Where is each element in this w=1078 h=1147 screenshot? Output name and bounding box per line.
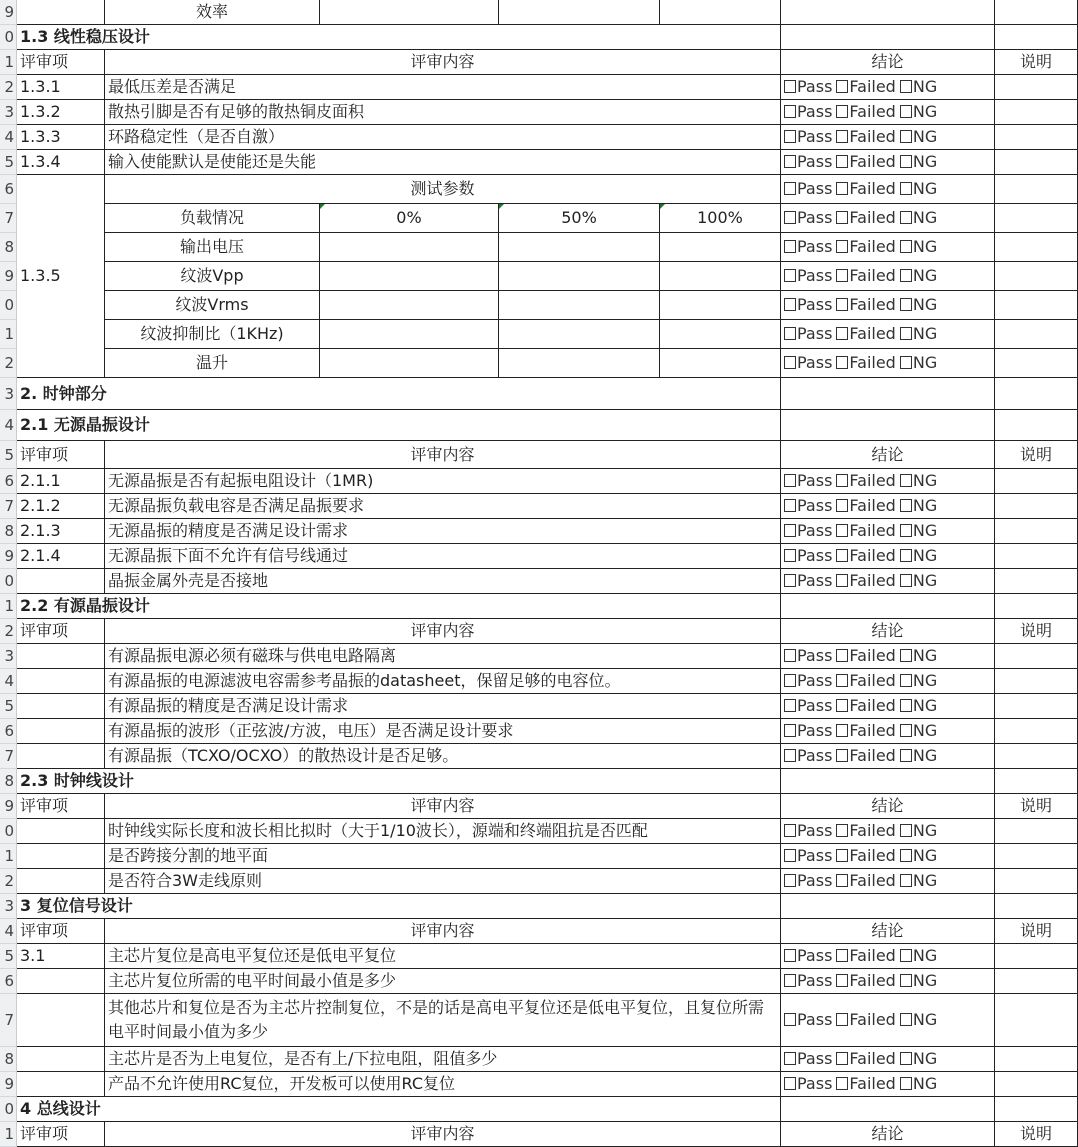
column-header-note-text: 说明 — [1020, 921, 1052, 941]
checkbox-label: Failed — [849, 521, 895, 540]
note-cell[interactable] — [995, 569, 1078, 594]
checkbox-pass[interactable]: Pass — [784, 1010, 832, 1030]
row-number[interactable]: 0 — [0, 819, 17, 844]
checkbox-pass[interactable]: Pass — [784, 721, 832, 741]
checkbox-pass[interactable]: Pass — [784, 353, 832, 373]
row-number[interactable]: 4 — [0, 125, 17, 150]
note-cell[interactable] — [995, 204, 1078, 233]
checkbox-failed[interactable]: Failed — [836, 152, 895, 172]
checkbox-pass[interactable]: Pass — [784, 871, 832, 891]
conclusion-cell[interactable]: PassFailedNG — [781, 494, 995, 519]
checkbox-square-icon — [900, 674, 912, 687]
checkbox-pass[interactable]: Pass — [784, 946, 832, 966]
checkbox-label: NG — [913, 696, 937, 715]
test-value-cell[interactable] — [320, 233, 499, 262]
note-cell[interactable] — [995, 291, 1078, 320]
checkbox-pass[interactable]: Pass — [784, 179, 832, 199]
note-cell[interactable] — [995, 694, 1078, 719]
checkbox-pass[interactable]: Pass — [784, 266, 832, 286]
review-item-id — [17, 969, 105, 994]
checkbox-ng[interactable]: NG — [900, 127, 937, 147]
checkbox-pass[interactable]: Pass — [784, 846, 832, 866]
test-value-cell[interactable] — [499, 349, 660, 378]
row-number[interactable]: 7 — [0, 494, 17, 519]
row-number[interactable]: 0 — [0, 569, 17, 594]
checkbox-label: Pass — [797, 1074, 832, 1093]
checkbox-pass[interactable]: Pass — [784, 496, 832, 516]
checkbox-failed[interactable]: Failed — [836, 179, 895, 199]
note-cell[interactable] — [995, 544, 1078, 569]
test-value-cell[interactable] — [660, 349, 781, 378]
checkbox-ng[interactable]: NG — [900, 821, 937, 841]
checkbox-square-icon — [900, 269, 912, 282]
conclusion-cell[interactable] — [781, 25, 995, 50]
conclusion-cell[interactable]: PassFailedNG — [781, 994, 995, 1047]
row-number[interactable]: 0 — [0, 25, 17, 50]
note-cell[interactable] — [995, 519, 1078, 544]
checkbox-ng[interactable]: NG — [900, 846, 937, 866]
row-number[interactable]: 4 — [0, 410, 17, 441]
conclusion-cell[interactable]: PassFailedNG — [781, 519, 995, 544]
checkbox-square-icon — [900, 499, 912, 512]
note-cell[interactable] — [995, 175, 1078, 204]
checkbox-ng[interactable]: NG — [900, 746, 937, 766]
checkbox-square-icon — [900, 298, 912, 311]
column-header-conclusion: 结论 — [781, 619, 995, 644]
column-header-note-text: 说明 — [1020, 445, 1052, 465]
checkbox-square-icon — [900, 80, 912, 93]
checkbox-failed[interactable]: Failed — [836, 521, 895, 541]
checkbox-pass[interactable]: Pass — [784, 324, 832, 344]
row-number[interactable]: 3 — [0, 894, 17, 919]
checkbox-label: Failed — [849, 353, 895, 372]
checkbox-pass[interactable]: Pass — [784, 646, 832, 666]
checkbox-pass[interactable]: Pass — [784, 77, 832, 97]
section-title-2-3: 2.3 时钟线设计 — [17, 769, 781, 794]
row-number[interactable]: 9 — [0, 0, 17, 25]
checkbox-square-icon — [784, 649, 796, 662]
checkbox-pass[interactable]: Pass — [784, 521, 832, 541]
row-number[interactable]: 1 — [0, 50, 17, 75]
row-number[interactable]: 5 — [0, 944, 17, 969]
conclusion-cell[interactable]: PassFailedNG — [781, 349, 995, 378]
checkbox-ng[interactable]: NG — [900, 521, 937, 541]
note-cell[interactable] — [995, 320, 1078, 349]
checkbox-pass[interactable]: Pass — [784, 571, 832, 591]
conclusion-cell[interactable]: PassFailedNG — [781, 100, 995, 125]
note-cell[interactable] — [995, 594, 1078, 619]
conclusion-cell[interactable]: PassFailedNG — [781, 233, 995, 262]
note-cell[interactable] — [995, 125, 1078, 150]
checkbox-failed[interactable]: Failed — [836, 208, 895, 228]
checkbox-ng[interactable]: NG — [900, 179, 937, 199]
conclusion-cell[interactable] — [781, 378, 995, 410]
note-cell[interactable] — [995, 969, 1078, 994]
checkbox-pass[interactable]: Pass — [784, 102, 832, 122]
row-number[interactable]: 8 — [0, 233, 17, 262]
row-number[interactable]: 4 — [0, 669, 17, 694]
checkbox-square-icon — [900, 549, 912, 562]
note-cell[interactable] — [995, 150, 1078, 175]
note-cell[interactable] — [995, 769, 1078, 794]
review-item-content: 无源晶振负载电容是否满足晶振要求 — [105, 494, 781, 519]
checkbox-ng[interactable]: NG — [900, 871, 937, 891]
column-header-content-text: 评审内容 — [410, 445, 474, 465]
column-header-item-text: 评审项 — [20, 445, 68, 465]
review-item-content: 有源晶振的电源滤波电容需参考晶振的datasheet，保留足够的电容位。 — [105, 669, 781, 694]
checkbox-square-icon — [836, 1013, 848, 1026]
conclusion-cell[interactable]: PassFailedNG — [781, 569, 995, 594]
test-param-label: 输出电压 — [105, 233, 320, 262]
test-value-cell[interactable] — [660, 291, 781, 320]
column-header-conclusion: 结论 — [781, 919, 995, 944]
review-item-id-text: 1.3.3 — [20, 127, 61, 147]
conclusion-cell[interactable] — [781, 594, 995, 619]
row-number[interactable]: 2 — [0, 619, 17, 644]
row-number[interactable]: 2 — [0, 75, 17, 100]
checkbox-label: Failed — [849, 127, 895, 146]
checkbox-pass[interactable]: Pass — [784, 152, 832, 172]
checkbox-pass[interactable]: Pass — [784, 696, 832, 716]
conclusion-cell[interactable]: PassFailedNG — [781, 669, 995, 694]
review-item-id: 2.1.2 — [17, 494, 105, 519]
note-cell[interactable] — [995, 75, 1078, 100]
conclusion-cell[interactable]: PassFailedNG — [781, 320, 995, 349]
checkbox-ng[interactable]: NG — [900, 1049, 937, 1069]
review-item-id — [17, 844, 105, 869]
checkbox-label: Failed — [849, 696, 895, 715]
note-cell[interactable] — [995, 869, 1078, 894]
note-cell[interactable] — [995, 0, 1078, 25]
test-value-cell[interactable] — [499, 262, 660, 291]
checkbox-square-icon — [836, 182, 848, 195]
review-item-content-text: 产品不允许使用RC复位，开发板可以使用RC复位 — [108, 1074, 455, 1094]
test-value-cell[interactable] — [499, 291, 660, 320]
row-number[interactable]: 5 — [0, 150, 17, 175]
review-item-id — [17, 694, 105, 719]
checkbox-label: NG — [913, 846, 937, 865]
checkbox-ng[interactable]: NG — [900, 237, 937, 257]
checkbox-label: Failed — [849, 295, 895, 314]
checkbox-failed[interactable]: Failed — [836, 353, 895, 373]
checkbox-ng[interactable]: NG — [900, 208, 937, 228]
checkbox-failed[interactable]: Failed — [836, 77, 895, 97]
test-value-cell[interactable] — [499, 320, 660, 349]
section-title-2-1: 2.1 无源晶振设计 — [17, 410, 781, 441]
checkbox-failed[interactable]: Failed — [836, 646, 895, 666]
checkbox-square-icon — [784, 574, 796, 587]
checkbox-square-icon — [784, 80, 796, 93]
conclusion-cell[interactable]: PassFailedNG — [781, 969, 995, 994]
row-number[interactable]: 8 — [0, 1047, 17, 1072]
checkbox-pass[interactable]: Pass — [784, 1074, 832, 1094]
checkbox-label: NG — [913, 152, 937, 171]
checkbox-ng[interactable]: NG — [900, 546, 937, 566]
checkbox-failed[interactable]: Failed — [836, 846, 895, 866]
conclusion-cell[interactable]: PassFailedNG — [781, 719, 995, 744]
checkbox-ng[interactable]: NG — [900, 152, 937, 172]
note-cell[interactable] — [995, 100, 1078, 125]
review-item-content-text: 其他芯片和复位是否为主芯片控制复位，不是的话是高电平复位还是低电平复位，且复位所… — [108, 996, 777, 1044]
conclusion-cell[interactable]: PassFailedNG — [781, 262, 995, 291]
checkbox-ng[interactable]: NG — [900, 1010, 937, 1030]
cell[interactable] — [320, 0, 499, 25]
checkbox-failed[interactable]: Failed — [836, 871, 895, 891]
row-number[interactable]: 7 — [0, 204, 17, 233]
checkbox-failed[interactable]: Failed — [836, 696, 895, 716]
note-cell[interactable] — [995, 844, 1078, 869]
note-cell[interactable] — [995, 1047, 1078, 1072]
row-number[interactable]: 5 — [0, 441, 17, 469]
row-number[interactable]: 5 — [0, 694, 17, 719]
conclusion-cell[interactable] — [781, 894, 995, 919]
checkbox-pass[interactable]: Pass — [784, 127, 832, 147]
checkbox-pass[interactable]: Pass — [784, 295, 832, 315]
note-cell[interactable] — [995, 410, 1078, 441]
checkbox-square-icon — [836, 105, 848, 118]
checkbox-failed[interactable]: Failed — [836, 821, 895, 841]
row-number[interactable]: 9 — [0, 1072, 17, 1097]
checkbox-failed[interactable]: Failed — [836, 571, 895, 591]
checkbox-pass[interactable]: Pass — [784, 1049, 832, 1069]
checkbox-pass[interactable]: Pass — [784, 237, 832, 257]
checkbox-square-icon — [784, 1077, 796, 1090]
row-number[interactable]: 1 — [0, 594, 17, 619]
checkbox-square-icon — [900, 182, 912, 195]
conclusion-cell[interactable]: PassFailedNG — [781, 1047, 995, 1072]
conclusion-cell[interactable] — [781, 1097, 995, 1122]
row-number[interactable]: 9 — [0, 794, 17, 819]
checkbox-square-icon — [900, 130, 912, 143]
row-number[interactable]: 1 — [0, 844, 17, 869]
checkbox-label: NG — [913, 102, 937, 121]
note-cell[interactable] — [995, 469, 1078, 494]
checkbox-ng[interactable]: NG — [900, 353, 937, 373]
checkbox-square-icon — [900, 474, 912, 487]
review-item-content: 无源晶振下面不允许有信号线通过 — [105, 544, 781, 569]
test-value-cell[interactable] — [320, 291, 499, 320]
checkbox-square-icon — [900, 240, 912, 253]
note-cell[interactable] — [995, 1072, 1078, 1097]
row-number[interactable]: 6 — [0, 719, 17, 744]
checkbox-pass[interactable]: Pass — [784, 671, 832, 691]
test-param-label: 纹波Vrms — [105, 291, 320, 320]
test-value-cell[interactable] — [320, 349, 499, 378]
conclusion-cell[interactable]: PassFailedNG — [781, 1072, 995, 1097]
checkbox-ng[interactable]: NG — [900, 971, 937, 991]
checkbox-ng[interactable]: NG — [900, 721, 937, 741]
test-value-cell[interactable] — [499, 233, 660, 262]
conclusion-cell[interactable]: PassFailedNG — [781, 819, 995, 844]
checkbox-label: NG — [913, 571, 937, 590]
checkbox-failed[interactable]: Failed — [836, 546, 895, 566]
note-cell[interactable] — [995, 233, 1078, 262]
checkbox-failed[interactable]: Failed — [836, 971, 895, 991]
test-param-label: 温升 — [105, 349, 320, 378]
checkbox-ng[interactable]: NG — [900, 266, 937, 286]
checkbox-ng[interactable]: NG — [900, 571, 937, 591]
row-number[interactable]: 7 — [0, 744, 17, 769]
review-item-content-text: 主芯片是否为上电复位，是否有上/下拉电阻，阻值多少 — [108, 1049, 497, 1069]
checkbox-square-icon — [900, 1013, 912, 1026]
checkbox-square-icon — [836, 474, 848, 487]
checkbox-failed[interactable]: Failed — [836, 471, 895, 491]
cell[interactable] — [499, 0, 660, 25]
checkbox-pass[interactable]: Pass — [784, 746, 832, 766]
conclusion-cell[interactable]: PassFailedNG — [781, 544, 995, 569]
row-number[interactable]: 3 — [0, 644, 17, 669]
review-item-id: 2.1.4 — [17, 544, 105, 569]
conclusion-cell[interactable]: PassFailedNG — [781, 644, 995, 669]
row-number[interactable]: 8 — [0, 769, 17, 794]
test-value-cell[interactable] — [320, 262, 499, 291]
row-number[interactable]: 4 — [0, 919, 17, 944]
row-number[interactable]: 3 — [0, 378, 17, 410]
conclusion-cell[interactable]: PassFailedNG — [781, 291, 995, 320]
checkbox-ng[interactable]: NG — [900, 1074, 937, 1094]
checkbox-square-icon — [900, 574, 912, 587]
conclusion-cell[interactable] — [781, 769, 995, 794]
note-cell[interactable] — [995, 669, 1078, 694]
row-number[interactable]: 3 — [0, 100, 17, 125]
checkbox-failed[interactable]: Failed — [836, 266, 895, 286]
checkbox-failed[interactable]: Failed — [836, 237, 895, 257]
row-number[interactable]: 6 — [0, 469, 17, 494]
review-item-content-text: 环路稳定性（是否自激） — [108, 127, 284, 147]
column-header-conclusion-text: 结论 — [871, 796, 903, 816]
note-cell[interactable] — [995, 378, 1078, 410]
checkbox-square-icon — [784, 974, 796, 987]
column-header-note-text: 说明 — [1020, 1124, 1052, 1144]
conclusion-cell[interactable]: PassFailedNG — [781, 694, 995, 719]
checkbox-failed[interactable]: Failed — [836, 1049, 895, 1069]
conclusion-cell[interactable] — [781, 410, 995, 441]
row-number[interactable]: 0 — [0, 1097, 17, 1122]
row-number[interactable]: 1 — [0, 1122, 17, 1147]
checkbox-label: NG — [913, 127, 937, 146]
checkbox-ng[interactable]: NG — [900, 671, 937, 691]
note-cell[interactable] — [995, 644, 1078, 669]
row-number[interactable]: 8 — [0, 519, 17, 544]
conclusion-cell[interactable]: PassFailedNG — [781, 844, 995, 869]
row-number[interactable]: 6 — [0, 969, 17, 994]
conclusion-cell[interactable] — [781, 0, 995, 25]
conclusion-cell[interactable]: PassFailedNG — [781, 125, 995, 150]
cell[interactable] — [17, 0, 105, 25]
checkbox-ng[interactable]: NG — [900, 102, 937, 122]
checkbox-square-icon — [836, 649, 848, 662]
note-cell[interactable] — [995, 994, 1078, 1047]
review-item-id — [17, 744, 105, 769]
checkbox-label: Failed — [849, 721, 895, 740]
checkbox-pass[interactable]: Pass — [784, 471, 832, 491]
row-number[interactable]: 2 — [0, 349, 17, 378]
checkbox-square-icon — [784, 298, 796, 311]
checkbox-failed[interactable]: Failed — [836, 1074, 895, 1094]
checkbox-failed[interactable]: Failed — [836, 1010, 895, 1030]
row-number[interactable]: 7 — [0, 994, 17, 1047]
test-value-cell[interactable] — [320, 320, 499, 349]
checkbox-pass[interactable]: Pass — [784, 821, 832, 841]
note-cell[interactable] — [995, 494, 1078, 519]
checkbox-pass[interactable]: Pass — [784, 208, 832, 228]
column-header-item: 评审项 — [17, 1122, 105, 1147]
checkbox-label: Pass — [797, 546, 832, 565]
note-cell[interactable] — [995, 894, 1078, 919]
checkbox-failed[interactable]: Failed — [836, 127, 895, 147]
checkbox-ng[interactable]: NG — [900, 471, 937, 491]
conclusion-cell[interactable]: PassFailedNG — [781, 469, 995, 494]
test-value-cell[interactable] — [660, 320, 781, 349]
checkbox-failed[interactable]: Failed — [836, 324, 895, 344]
checkbox-failed[interactable]: Failed — [836, 671, 895, 691]
column-header-content: 评审内容 — [105, 919, 781, 944]
checkbox-ng[interactable]: NG — [900, 324, 937, 344]
checkbox-pass[interactable]: Pass — [784, 546, 832, 566]
checkbox-failed[interactable]: Failed — [836, 946, 895, 966]
checkbox-square-icon — [900, 949, 912, 962]
conclusion-cell[interactable]: PassFailedNG — [781, 150, 995, 175]
checkbox-failed[interactable]: Failed — [836, 746, 895, 766]
conclusion-cell[interactable]: PassFailedNG — [781, 944, 995, 969]
row-number[interactable]: 6 — [0, 175, 17, 204]
note-cell[interactable] — [995, 25, 1078, 50]
checkbox-failed[interactable]: Failed — [836, 102, 895, 122]
checkbox-ng[interactable]: NG — [900, 77, 937, 97]
note-cell[interactable] — [995, 349, 1078, 378]
review-item-id-text: 2.1.3 — [20, 521, 61, 541]
checkbox-failed[interactable]: Failed — [836, 496, 895, 516]
checkbox-ng[interactable]: NG — [900, 496, 937, 516]
row-number[interactable]: 0 — [0, 291, 17, 320]
conclusion-cell[interactable]: PassFailedNG — [781, 204, 995, 233]
row-number[interactable]: 9 — [0, 544, 17, 569]
review-item-content-text: 散热引脚是否有足够的散热铜皮面积 — [108, 102, 364, 122]
column-header-item: 评审项 — [17, 619, 105, 644]
note-cell[interactable] — [995, 819, 1078, 844]
checkbox-square-icon — [900, 155, 912, 168]
row-number[interactable]: 1 — [0, 320, 17, 349]
checkbox-label: Failed — [849, 77, 895, 96]
column-header-conclusion-text: 结论 — [871, 52, 903, 72]
checkbox-ng[interactable]: NG — [900, 295, 937, 315]
note-cell[interactable] — [995, 944, 1078, 969]
conclusion-cell[interactable]: PassFailedNG — [781, 744, 995, 769]
checkbox-ng[interactable]: NG — [900, 646, 937, 666]
note-cell[interactable] — [995, 1097, 1078, 1122]
cell[interactable] — [660, 0, 781, 25]
conclusion-cell[interactable]: PassFailedNG — [781, 75, 995, 100]
conclusion-cell[interactable]: PassFailedNG — [781, 869, 995, 894]
checkbox-pass[interactable]: Pass — [784, 971, 832, 991]
row-number[interactable]: 2 — [0, 869, 17, 894]
checkbox-ng[interactable]: NG — [900, 946, 937, 966]
test-value-cell[interactable] — [660, 233, 781, 262]
test-params-title-text: 测试参数 — [410, 179, 474, 199]
review-item-content-text: 无源晶振是否有起振电阻设计（1MR) — [108, 471, 373, 491]
checkbox-failed[interactable]: Failed — [836, 721, 895, 741]
note-cell[interactable] — [995, 744, 1078, 769]
row-number[interactable]: 9 — [0, 262, 17, 291]
checkbox-failed[interactable]: Failed — [836, 295, 895, 315]
checkbox-square-icon — [836, 949, 848, 962]
conclusion-cell[interactable]: PassFailedNG — [781, 175, 995, 204]
note-cell[interactable] — [995, 262, 1078, 291]
checkbox-square-icon — [836, 724, 848, 737]
note-cell[interactable] — [995, 719, 1078, 744]
test-value-cell[interactable] — [660, 262, 781, 291]
checkbox-ng[interactable]: NG — [900, 696, 937, 716]
